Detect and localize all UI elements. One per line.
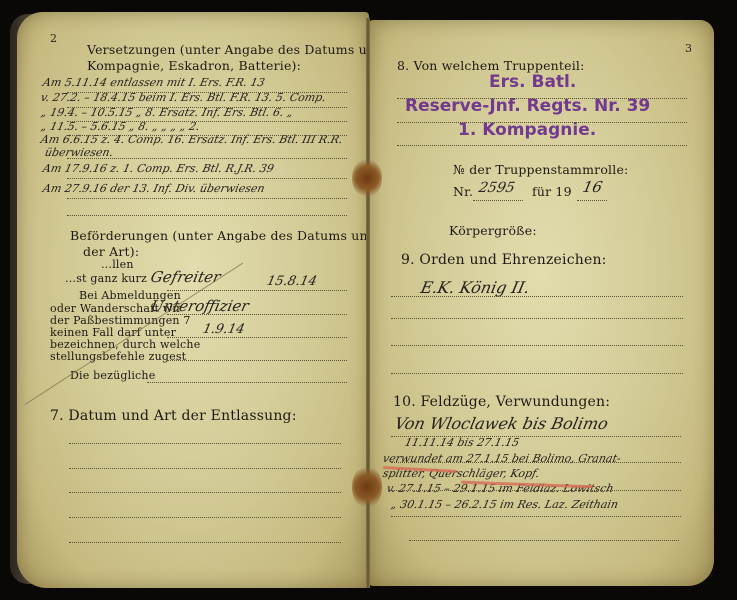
dotted-line: [397, 145, 687, 146]
unit-stamp-line: Ers. Batl.: [489, 72, 576, 92]
dotted-line: [391, 490, 681, 491]
section-10-heading: 10. Feldzüge, Verwundungen:: [393, 394, 610, 410]
stammrolle-number: 2595: [477, 180, 516, 196]
dotted-line: [391, 296, 683, 297]
koerpergroesse-label: Körpergröße:: [449, 223, 537, 238]
promotion-date: 15.8.14: [265, 274, 318, 289]
dotted-line: [67, 215, 347, 216]
section-8-heading: 8. Von welchem Truppenteil:: [397, 58, 585, 73]
page-number-left: 2: [50, 32, 57, 45]
dotted-line: [67, 198, 347, 199]
versetzung-entry: Am 27.9.16 der 13. Inf. Div. überwiesen: [42, 182, 266, 195]
open-military-passbook: 2 Versetzungen (unter Angabe des Datums …: [0, 0, 737, 600]
section-7-heading: 7. Datum und Art der Entlassung:: [50, 408, 297, 424]
befoerderungen-heading-2: der Art):: [83, 244, 139, 259]
versetzungen-heading-2: Kompagnie, Eskadron, Batterie):: [87, 58, 301, 73]
obscured-text: …llen: [101, 258, 134, 271]
campaign-entry: 11.11.14 bis 27.1.15: [404, 436, 521, 449]
dotted-line: [67, 158, 347, 159]
unit-stamp-line: Reserve-Jnf. Regts. Nr. 39: [405, 96, 650, 116]
dotted-line: [167, 290, 347, 291]
stammrolle-year: 16: [581, 178, 604, 196]
dotted-line: [577, 200, 607, 201]
dotted-line: [409, 540, 679, 541]
section-9-heading: 9. Orden und Ehrenzeichen:: [401, 252, 607, 268]
campaign-entry: „ 30.1.15 – 26.2.15 im Res. Laz. Zeithai…: [390, 498, 620, 511]
rust-stain-staple: [352, 158, 382, 198]
dotted-line: [397, 122, 687, 123]
dotted-line: [397, 98, 687, 99]
rust-stain-staple: [352, 465, 382, 509]
right-page: 3 8. Von welchem Truppenteil: Ers. Batl.…: [369, 20, 714, 586]
dotted-line: [67, 107, 347, 108]
dotted-line: [391, 373, 683, 374]
obscured-text: Die bezügliche: [70, 369, 155, 382]
dotted-line: [391, 436, 681, 437]
obscured-text: …st ganz kurz: [65, 272, 147, 285]
dotted-line: [67, 178, 347, 179]
dotted-line: [67, 135, 347, 136]
dotted-line: [69, 492, 341, 493]
dotted-line: [67, 121, 347, 122]
dotted-line: [167, 314, 347, 315]
versetzung-entry: Am 5.11.14 entlassen mit I. Ers. F.R. 13: [42, 76, 266, 89]
left-page: 2 Versetzungen (unter Angabe des Datums …: [17, 12, 369, 588]
stammrolle-label: № der Truppenstammrolle:: [453, 162, 628, 177]
dotted-line: [69, 443, 341, 444]
dotted-line: [69, 542, 341, 543]
versetzungen-heading: Versetzungen (unter Angabe des Datums un…: [87, 42, 409, 57]
dotted-line: [167, 360, 347, 361]
dotted-line: [147, 382, 347, 383]
obscured-text: stellungsbefehle zugest: [50, 350, 186, 363]
promotion-date: 1.9.14: [201, 322, 246, 337]
dotted-line: [391, 345, 683, 346]
stammrolle-year-prefix: für 19: [532, 184, 572, 199]
versetzung-entry: Am 17.9.16 z. 1. Comp. Ers. Btl. R.J.R. …: [42, 162, 275, 175]
page-number-right: 3: [685, 42, 692, 55]
dotted-line: [167, 337, 347, 338]
campaign-entry: Von Wloclawek bis Bolimo: [393, 414, 610, 433]
dotted-line: [473, 200, 523, 201]
dotted-line: [391, 516, 681, 517]
dotted-line: [67, 92, 347, 93]
unit-stamp-line: 1. Kompagnie.: [458, 120, 596, 140]
dotted-line: [391, 318, 683, 319]
dotted-line: [69, 517, 341, 518]
campaign-entry: verwundet am 27.1.15 bei Bolimo, Granat-: [382, 452, 623, 465]
decoration-entry: E.K. König II.: [419, 278, 532, 297]
dotted-line: [69, 468, 341, 469]
dotted-line: [391, 462, 681, 463]
stammrolle-nr-prefix: Nr.: [453, 184, 473, 199]
befoerderungen-heading: Beförderungen (unter Angabe des Datums u…: [70, 228, 376, 243]
